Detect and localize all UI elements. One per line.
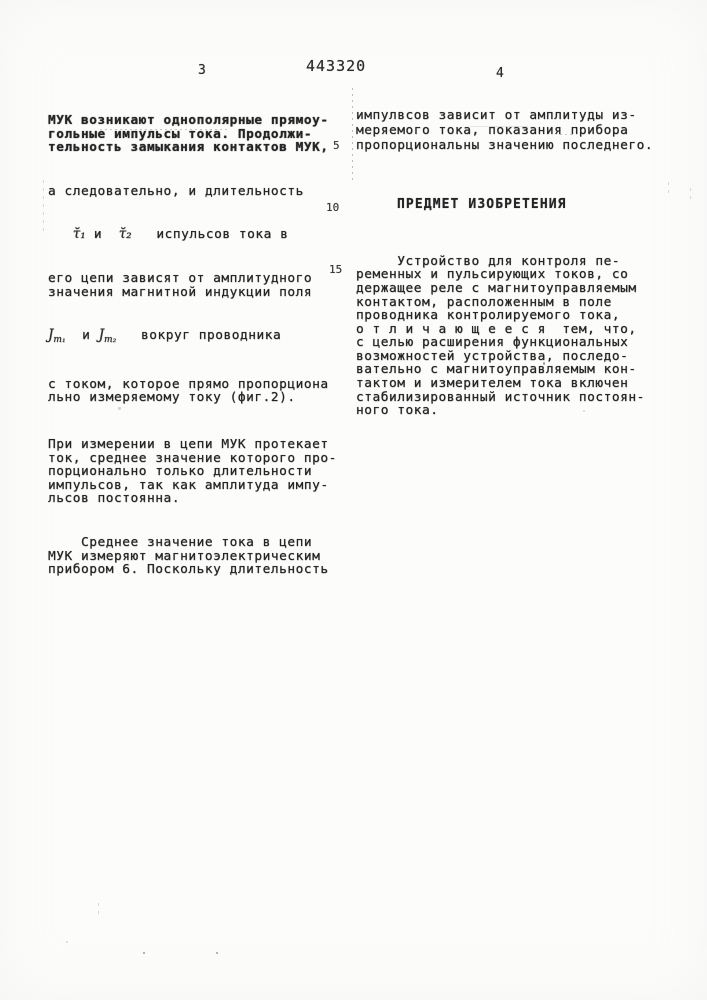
text-line: льсов постоянна. [48,492,348,506]
left-column: МУК возникают однополярные прямоу-гольны… [48,84,348,607]
text-line: Среднее значение тока в цепи [48,536,348,550]
text-line: тактом и измерителем тока включен [356,377,666,391]
scan-artifact-left-margin [43,180,44,235]
left-page-number: 3 [198,63,206,78]
text-line: вательно с магнитоуправляемым кон- [356,363,666,377]
right-paragraph-1: импулвсов зависит от амплитуды из-меряем… [356,109,666,154]
text-line: держащее реле с магнитоуправляемым [356,282,666,296]
text-line: При измерении в цепи МУК протекает [48,438,348,452]
text-line: гольные импульсы тока. Продолжи- [48,128,348,142]
text-line: Устройство для контроля пе- [356,255,666,269]
claims-heading: ПРЕДМЕТ ИЗОБРЕТЕНИЯ [356,198,666,212]
text-line: значения магнитной индукции поля [48,286,348,300]
scan-artifact-right-edge [690,188,691,200]
text-line: его цепи зависят от амплитудного [48,272,348,286]
left-paragraph-1-bold: МУК возникают однополярные прямоу-гольны… [48,114,348,155]
text-line: возможностей устройства, последо- [356,350,666,364]
j2-subscript: m₂ [104,335,116,345]
text-line: ного тока. [356,404,666,418]
tau2-symbol: τ̆₂ [119,226,132,242]
text-line: с током, которое прямо пропорциона [48,378,348,392]
text-line: прибором 6. Поскольку длительность [48,563,348,577]
text-line: МУК измеряют магнитоэлектрическим [48,550,348,564]
claim-paragraph: Устройство для контроля пе-ременных и пу… [356,255,666,418]
scan-artifact-right-margin [668,182,669,196]
text-line: МУК возникают однополярные прямоу- [48,114,348,128]
tau1-symbol: τ̆₁ [73,226,86,242]
scan-artifact-column-divider [352,88,353,180]
text-fragment: вокруг проводника [116,328,281,343]
text-line: с целью расширения функциональных [356,336,666,350]
formula-line-j: Jm₁ и Jm₂ вокруг проводника [48,329,348,348]
j1-subscript: m₁ [53,335,65,345]
text-fragment: и [86,227,119,242]
patent-number: 443320 [306,57,366,75]
formula-line-tau: τ̆₁ и τ̆₂ испульсов тока в [48,228,348,242]
text-fragment: испульсов тока в [132,227,289,242]
text-line: тельность замыкания контактов МУК, [48,141,348,155]
text-line: контактом, расположенным в поле [356,296,666,310]
scan-speck [98,903,99,916]
text-line: пропорциональны значению последнего. [356,139,666,154]
scan-speck [143,952,145,954]
text-line: порционально только длительности [48,465,348,479]
text-line: меряемого тока, показания прибора [356,124,666,139]
text-line: а следовательно, и длительность [48,185,348,199]
text-line: импулвсов зависит от амплитуды из- [356,109,666,124]
left-paragraph-1-end: с током, которое прямо пропорционально и… [48,378,348,405]
patent-document-page: 3 443320 4 5 10 15 МУК возникают однопол… [0,0,707,1000]
text-line: импульсов, так как амплитуда импу- [48,479,348,493]
right-column: импулвсов зависит от амплитуды из-меряем… [356,79,666,448]
text-line: ременных и пульсирующих токов, со [356,268,666,282]
text-fragment: и [66,328,99,343]
left-paragraph-2: При измерении в цепи МУК протекаетток, с… [48,438,348,506]
left-paragraph-3: Среднее значение тока в цепиМУК измеряют… [48,536,348,577]
scan-speck [66,941,68,943]
indent [48,227,73,242]
text-line: проводника контролируемого тока, [356,309,666,323]
text-line: о т л и ч а ю щ е е с я тем, что, [356,323,666,337]
text-line: льно измеряемому току (фиг.2). [48,391,348,405]
left-paragraph-1-mid: его цепи зависят от амплитудногозначения… [48,272,348,299]
text-line: ток, среднее значение которого про- [48,452,348,466]
text-line: стабилизированный источник постоян- [356,391,666,405]
scan-speck [216,952,218,954]
